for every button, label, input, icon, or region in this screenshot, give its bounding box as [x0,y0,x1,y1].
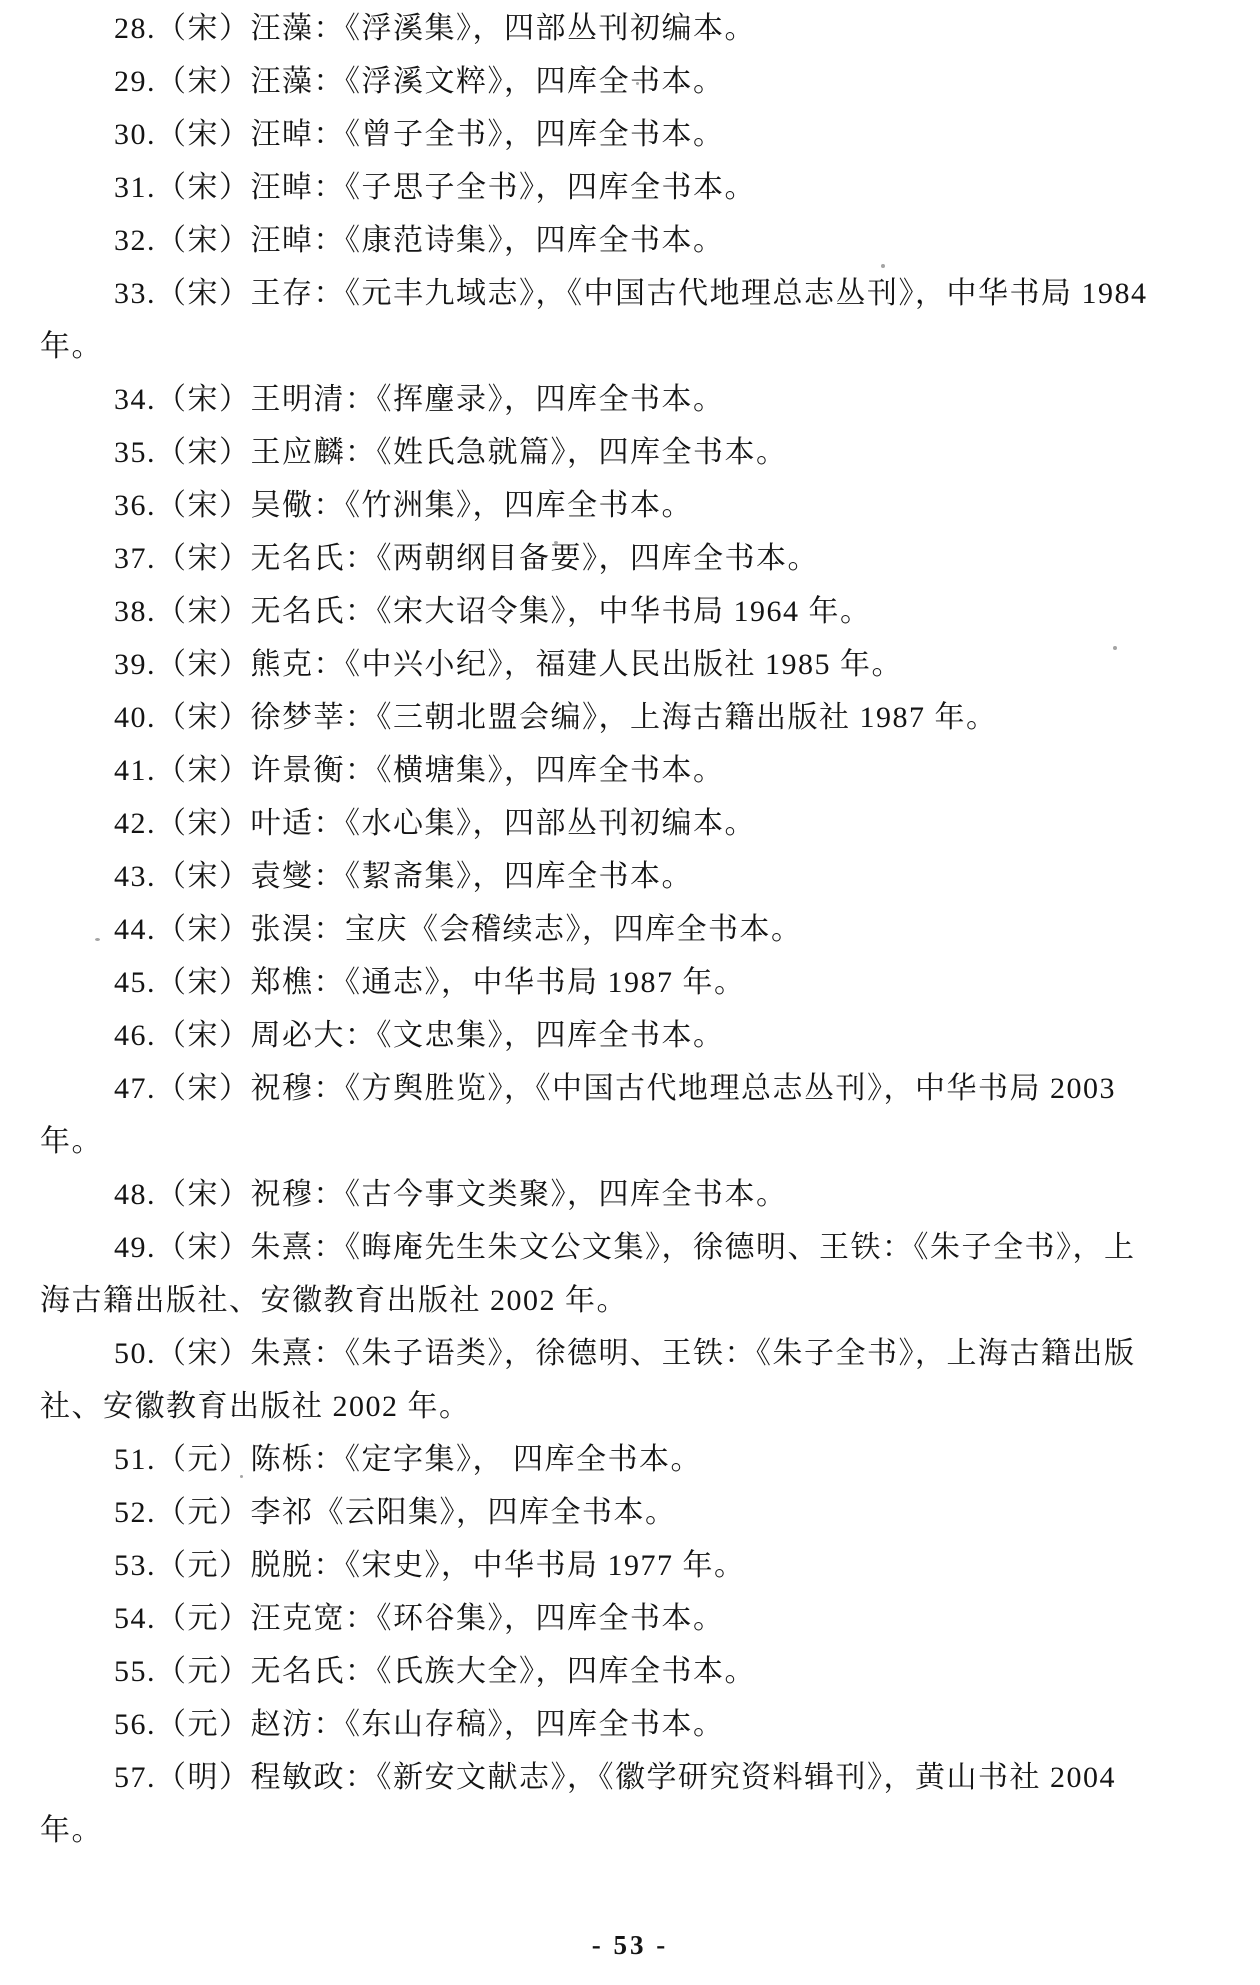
bibliography-entry: 32.（宋）汪晫：《康范诗集》，四库全书本。 [40,214,1234,267]
entry-line-first: 57.（明）程敏政：《新安文献志》，《徽学研究资料辑刊》，黄山书社 2004 [40,1751,1234,1804]
entry-line-first: 49.（宋）朱熹：《晦庵先生朱文公文集》，徐德明、王铁：《朱子全书》，上 [40,1221,1234,1274]
scan-speck [554,541,558,544]
bibliography-entry: 45.（宋）郑樵：《通志》，中华书局 1987 年。 [40,956,1234,1009]
bibliography-entry: 48.（宋）祝穆：《古今事文类聚》，四库全书本。 [40,1168,1234,1221]
entry-line-first: 52.（元）李祁《云阳集》，四库全书本。 [40,1486,1234,1539]
bibliography-entry: 52.（元）李祁《云阳集》，四库全书本。 [40,1486,1234,1539]
entry-line-first: 53.（元）脱脱：《宋史》，中华书局 1977 年。 [40,1539,1234,1592]
entry-line-first: 41.（宋）许景衡：《横塘集》，四库全书本。 [40,744,1234,797]
entry-line-first: 42.（宋）叶适：《水心集》，四部丛刊初编本。 [40,797,1234,850]
bibliography-entry: 53.（元）脱脱：《宋史》，中华书局 1977 年。 [40,1539,1234,1592]
entry-line-first: 39.（宋）熊克：《中兴小纪》，福建人民出版社 1985 年。 [40,638,1234,691]
entry-line-first: 38.（宋）无名氏：《宋大诏令集》，中华书局 1964 年。 [40,585,1234,638]
entry-line-first: 37.（宋）无名氏：《两朝纲目备要》，四库全书本。 [40,532,1234,585]
bibliography-list: 28.（宋）汪藻：《浮溪集》，四部丛刊初编本。29.（宋）汪藻：《浮溪文粹》，四… [0,2,1260,1857]
bibliography-entry: 28.（宋）汪藻：《浮溪集》，四部丛刊初编本。 [40,2,1234,55]
entry-line-first: 46.（宋）周必大：《文忠集》，四库全书本。 [40,1009,1234,1062]
bibliography-entry: 42.（宋）叶适：《水心集》，四部丛刊初编本。 [40,797,1234,850]
entry-line-continuation: 年。 [40,320,1234,373]
bibliography-entry: 51.（元）陈栎：《定字集》， 四库全书本。 [40,1433,1234,1486]
entry-line-first: 31.（宋）汪晫：《子思子全书》，四库全书本。 [40,161,1234,214]
bibliography-entry: 34.（宋）王明清：《挥麈录》，四库全书本。 [40,373,1234,426]
entry-line-first: 43.（宋）袁燮：《絜斋集》，四库全书本。 [40,850,1234,903]
bibliography-entry: 36.（宋）吴儆：《竹洲集》，四库全书本。 [40,479,1234,532]
entry-line-first: 40.（宋）徐梦莘：《三朝北盟会编》，上海古籍出版社 1987 年。 [40,691,1234,744]
entry-line-first: 47.（宋）祝穆：《方舆胜览》，《中国古代地理总志丛刊》，中华书局 2003 [40,1062,1234,1115]
entry-line-first: 33.（宋）王存：《元丰九域志》，《中国古代地理总志丛刊》，中华书局 1984 [40,267,1234,320]
bibliography-entry: 54.（元）汪克宽：《环谷集》，四库全书本。 [40,1592,1234,1645]
bibliography-entry: 35.（宋）王应麟：《姓氏急就篇》，四库全书本。 [40,426,1234,479]
document-page: 28.（宋）汪藻：《浮溪集》，四部丛刊初编本。29.（宋）汪藻：《浮溪文粹》，四… [0,2,1260,1857]
bibliography-entry: 30.（宋）汪晫：《曾子全书》，四库全书本。 [40,108,1234,161]
entry-line-first: 30.（宋）汪晫：《曾子全书》，四库全书本。 [40,108,1234,161]
scan-speck [636,82,639,85]
entry-line-first: 35.（宋）王应麟：《姓氏急就篇》，四库全书本。 [40,426,1234,479]
entry-line-continuation: 年。 [40,1804,1234,1857]
entry-line-first: 44.（宋）张淏：宝庆《会稽续志》，四库全书本。 [40,903,1234,956]
entry-line-first: 55.（元）无名氏：《氏族大全》，四库全书本。 [40,1645,1234,1698]
entry-line-continuation: 年。 [40,1115,1234,1168]
entry-line-first: 28.（宋）汪藻：《浮溪集》，四部丛刊初编本。 [40,2,1234,55]
bibliography-entry: 57.（明）程敏政：《新安文献志》，《徽学研究资料辑刊》，黄山书社 2004年。 [40,1751,1234,1857]
bibliography-entry: 46.（宋）周必大：《文忠集》，四库全书本。 [40,1009,1234,1062]
entry-line-continuation: 海古籍出版社、安徽教育出版社 2002 年。 [40,1274,1234,1327]
entry-line-first: 45.（宋）郑樵：《通志》，中华书局 1987 年。 [40,956,1234,1009]
bibliography-entry: 33.（宋）王存：《元丰九域志》，《中国古代地理总志丛刊》，中华书局 1984年… [40,267,1234,373]
bibliography-entry: 41.（宋）许景衡：《横塘集》，四库全书本。 [40,744,1234,797]
entry-line-first: 50.（宋）朱熹：《朱子语类》，徐德明、王铁：《朱子全书》，上海古籍出版 [40,1327,1234,1380]
scan-speck [95,938,100,941]
entry-line-continuation: 社、安徽教育出版社 2002 年。 [40,1380,1234,1433]
entry-line-first: 54.（元）汪克宽：《环谷集》，四库全书本。 [40,1592,1234,1645]
bibliography-entry: 40.（宋）徐梦莘：《三朝北盟会编》，上海古籍出版社 1987 年。 [40,691,1234,744]
bibliography-entry: 44.（宋）张淏：宝庆《会稽续志》，四库全书本。 [40,903,1234,956]
entry-line-first: 32.（宋）汪晫：《康范诗集》，四库全书本。 [40,214,1234,267]
bibliography-entry: 47.（宋）祝穆：《方舆胜览》，《中国古代地理总志丛刊》，中华书局 2003年。 [40,1062,1234,1168]
entry-line-first: 36.（宋）吴儆：《竹洲集》，四库全书本。 [40,479,1234,532]
entry-line-first: 51.（元）陈栎：《定字集》， 四库全书本。 [40,1433,1234,1486]
bibliography-entry: 56.（元）赵汸：《东山存稿》，四库全书本。 [40,1698,1234,1751]
entry-line-first: 56.（元）赵汸：《东山存稿》，四库全书本。 [40,1698,1234,1751]
bibliography-entry: 55.（元）无名氏：《氏族大全》，四库全书本。 [40,1645,1234,1698]
scan-speck [1113,646,1117,650]
bibliography-entry: 31.（宋）汪晫：《子思子全书》，四库全书本。 [40,161,1234,214]
bibliography-entry: 50.（宋）朱熹：《朱子语类》，徐德明、王铁：《朱子全书》，上海古籍出版社、安徽… [40,1327,1234,1433]
bibliography-entry: 43.（宋）袁燮：《絜斋集》，四库全书本。 [40,850,1234,903]
entry-line-first: 48.（宋）祝穆：《古今事文类聚》，四库全书本。 [40,1168,1234,1221]
scan-speck [881,264,885,268]
bibliography-entry: 49.（宋）朱熹：《晦庵先生朱文公文集》，徐德明、王铁：《朱子全书》，上海古籍出… [40,1221,1234,1327]
bibliography-entry: 38.（宋）无名氏：《宋大诏令集》，中华书局 1964 年。 [40,585,1234,638]
bibliography-entry: 37.（宋）无名氏：《两朝纲目备要》，四库全书本。 [40,532,1234,585]
bibliography-entry: 39.（宋）熊克：《中兴小纪》，福建人民出版社 1985 年。 [40,638,1234,691]
entry-line-first: 34.（宋）王明清：《挥麈录》，四库全书本。 [40,373,1234,426]
scan-speck [240,1475,243,1478]
page-number: - 53 - [0,1930,1260,1961]
